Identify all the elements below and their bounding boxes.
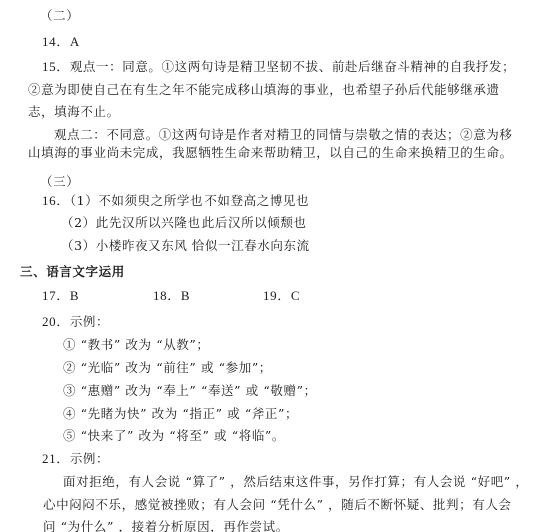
question-20: 20．示例： xyxy=(42,314,109,330)
question-number: 17． xyxy=(42,288,70,303)
q20-item-5: ⑤ “快来了” 改为 “将至” 或 “将临”。 xyxy=(63,428,285,444)
answer-a: 不如须臾之所学也 xyxy=(98,193,204,209)
q20-item-3: ③ “惠赠” 改为 “奉上” “奉送” 或 “敬赠”； xyxy=(63,383,317,399)
q21-line1: 面对拒绝，有人会说 “算了” ，然后结束这件事，另作打算；有人会说 “好吧” ， xyxy=(63,474,528,490)
example-label: 示例： xyxy=(70,314,109,329)
item-label: （2） xyxy=(61,215,96,230)
part-2-label: （二） xyxy=(40,8,79,24)
example-label: 示例： xyxy=(70,451,109,466)
answer: B xyxy=(70,288,79,303)
q20-item-2: ② “光临” 改为 “前往” 或 “参加”； xyxy=(63,360,272,376)
part-3-label: （三） xyxy=(40,174,79,190)
q21-line3: 问 “为什么” ，接着分析原因，再作尝试。 xyxy=(43,519,289,532)
question-15: 15．观点一：同意。①这两句诗是精卫坚韧不拔、前赴后继奋斗精神的自我抒发； xyxy=(42,59,515,75)
question-21: 21．示例： xyxy=(42,451,109,467)
item-label: （1） xyxy=(70,193,99,208)
q20-item-1: ① “教书” 改为 “从教”； xyxy=(63,337,209,353)
question-19: 19．C xyxy=(263,288,300,304)
answer-b: 不如登高之博见也 xyxy=(204,193,309,208)
view1-line1: 观点一：同意。①这两句诗是精卫坚韧不拔、前赴后继奋斗精神的自我抒发； xyxy=(70,59,515,74)
question-18: 18．B xyxy=(153,288,190,304)
answer-b: 恰似一江春水向东流 xyxy=(192,238,310,253)
question-number: 21． xyxy=(42,451,70,466)
question-14: 14．A xyxy=(42,34,80,50)
view1-line3: 志，填海不止。 xyxy=(28,104,120,120)
item-label: （3） xyxy=(61,238,96,253)
answer: C xyxy=(291,288,300,303)
view1-line2: ②意为即使自己在有生之年不能完成移山填海的事业，也希望子孙后代能够继承遗 xyxy=(28,82,500,98)
question-16-item-3: （3）小楼昨夜又东风恰似一江春水向东流 xyxy=(61,238,310,254)
view2-line2: 山填海的事业尚未完成，我愿牺牲生命来帮助精卫，以自己的生命来换精卫的生命。 xyxy=(28,145,513,161)
answer: A xyxy=(70,34,80,49)
question-16-item-2: （2）此先汉所以兴隆也此后汉所以倾颓也 xyxy=(61,215,307,231)
answer-b: 此后汉所以倾颓也 xyxy=(202,215,307,230)
answer: B xyxy=(181,288,190,303)
question-number: 20． xyxy=(42,314,70,329)
answer-a: 小楼昨夜又东风 xyxy=(96,238,192,254)
section-3-title: 三、语言文字运用 xyxy=(20,264,125,280)
answer-a: 此先汉所以兴隆也 xyxy=(96,215,202,231)
question-number: 15． xyxy=(42,59,70,74)
question-number: 14． xyxy=(42,34,70,49)
question-16-item-1: 16．（1）不如须臾之所学也不如登高之博见也 xyxy=(42,193,309,209)
q20-item-4: ④ “先睹为快” 改为 “指正” 或 “斧正”； xyxy=(63,406,298,422)
question-17: 17．B xyxy=(42,288,79,304)
q21-line2: 心中闷闷不乐，感觉被挫败；有人会问 “凭什么” ，随后不断怀疑、批判；有人会 xyxy=(43,497,512,513)
question-number: 19． xyxy=(263,288,291,303)
view2-line1: 观点二：不同意。①这两句诗是作者对精卫的同情与崇敬之情的表达；②意为移 xyxy=(54,127,513,143)
question-number: 18． xyxy=(153,288,181,303)
question-number: 16． xyxy=(42,193,70,208)
